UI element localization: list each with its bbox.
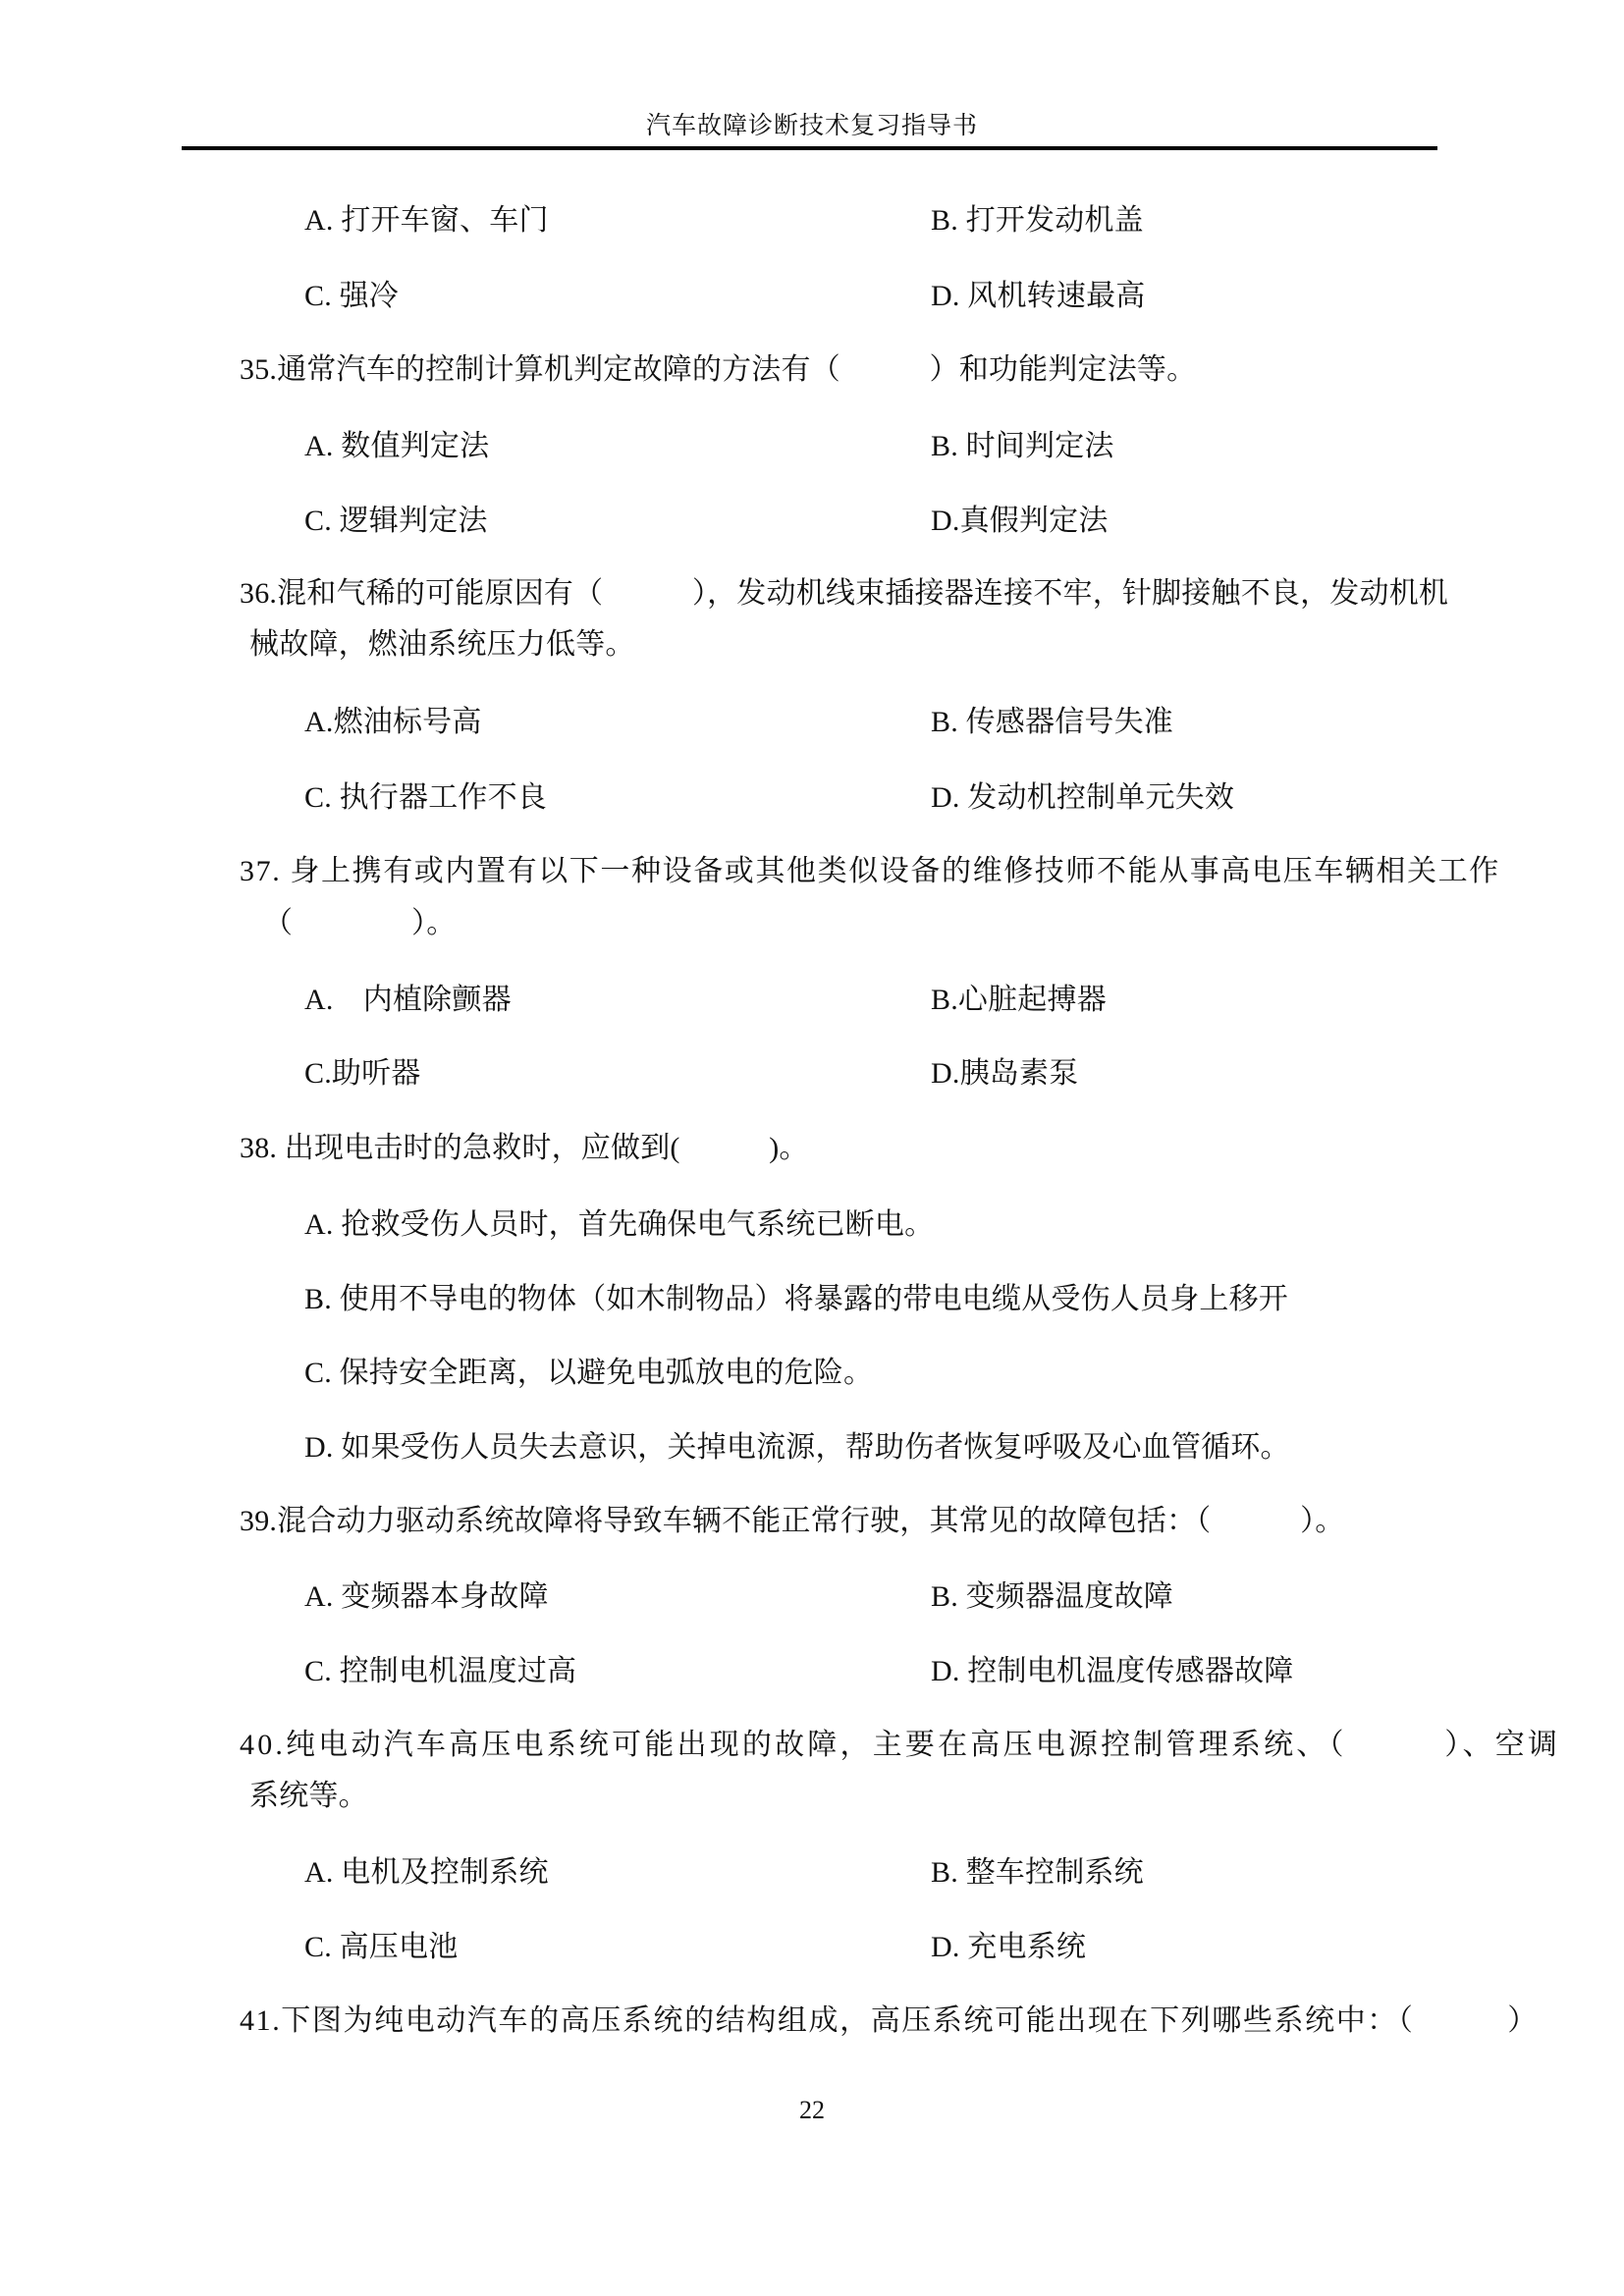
header-divider: [182, 146, 1437, 150]
question-39-option-a: A. 变频器本身故障: [304, 1577, 549, 1617]
question-39-stem: 39.混合动力驱动系统故障将导致车辆不能正常行驶，其常见的故障包括：（ ）。: [240, 1502, 1345, 1541]
question-35-option-a: A. 数值判定法: [304, 427, 489, 466]
page-number: 22: [0, 2094, 1624, 2127]
question-40-option-a: A. 电机及控制系统: [304, 1853, 549, 1893]
question-35-option-d: D.真假判定法: [931, 502, 1109, 541]
question-35-option-b: B. 时间判定法: [931, 427, 1114, 466]
page-header-title: 汽车故障诊断技术复习指导书: [0, 110, 1624, 143]
question-34-option-b: B. 打开发动机盖: [931, 201, 1144, 240]
question-40-stem-line2: 系统等。: [249, 1777, 368, 1816]
question-40-option-b: B. 整车控制系统: [931, 1853, 1144, 1893]
question-40-option-d: D. 充电系统: [931, 1928, 1086, 1967]
question-36-option-a: A.燃油标号高: [304, 703, 482, 742]
question-36-stem-line2: 械故障，燃油系统压力低等。: [249, 625, 635, 665]
question-35-stem: 35.通常汽车的控制计算机判定故障的方法有（ ）和功能判定法等。: [240, 350, 1196, 390]
question-40-option-c: C. 高压电池: [304, 1928, 458, 1967]
question-37-option-a: A. 内植除颤器: [304, 981, 512, 1020]
question-36-stem-line1: 36.混和气稀的可能原因有（ ），发动机线束插接器连接不牢，针脚接触不良，发动机…: [240, 574, 1448, 614]
question-37-option-b: B.心脏起搏器: [931, 981, 1107, 1020]
question-34-option-c: C. 强冷: [304, 277, 399, 316]
question-36-option-d: D. 发动机控制单元失效: [931, 778, 1234, 818]
question-37-stem-line1: 37. 身上携有或内置有以下一种设备或其他类似设备的维修技师不能从事高电压车辆相…: [240, 852, 1500, 891]
question-38-option-c: C. 保持安全距离，以避免电弧放电的危险。: [304, 1354, 873, 1393]
question-35-option-c: C. 逻辑判定法: [304, 502, 488, 541]
question-36-option-b: B. 传感器信号失准: [931, 703, 1173, 742]
question-38-option-b: B. 使用不导电的物体（如木制物品）将暴露的带电电缆从受伤人员身上移开: [304, 1280, 1288, 1319]
question-36-option-c: C. 执行器工作不良: [304, 778, 547, 818]
question-38-stem: 38. 出现电击时的急救时，应做到( )。: [240, 1129, 809, 1168]
question-41-stem: 41.下图为纯电动汽车的高压系统的结构组成，高压系统可能出现在下列哪些系统中：（…: [240, 2002, 1539, 2041]
question-40-stem-line1: 40.纯电动汽车高压电系统可能出现的故障，主要在高压电源控制管理系统、（ ）、空…: [240, 1726, 1560, 1765]
question-37-option-d: D.胰岛素泵: [931, 1054, 1078, 1094]
question-37-option-c: C.助听器: [304, 1054, 421, 1094]
question-37-stem-line2: （ ）。: [263, 904, 456, 943]
question-34-option-d: D. 风机转速最高: [931, 277, 1145, 316]
question-39-option-c: C. 控制电机温度过高: [304, 1652, 576, 1691]
question-39-option-b: B. 变频器温度故障: [931, 1577, 1173, 1617]
question-34-option-a: A. 打开车窗、车门: [304, 201, 549, 240]
question-39-option-d: D. 控制电机温度传感器故障: [931, 1652, 1293, 1691]
document-page: 汽车故障诊断技术复习指导书 A. 打开车窗、车门 B. 打开发动机盖 C. 强冷…: [0, 0, 1624, 2296]
question-38-option-a: A. 抢救受伤人员时，首先确保电气系统已断电。: [304, 1205, 934, 1245]
question-38-option-d: D. 如果受伤人员失去意识，关掉电流源，帮助伤者恢复呼吸及心血管循环。: [304, 1428, 1290, 1468]
